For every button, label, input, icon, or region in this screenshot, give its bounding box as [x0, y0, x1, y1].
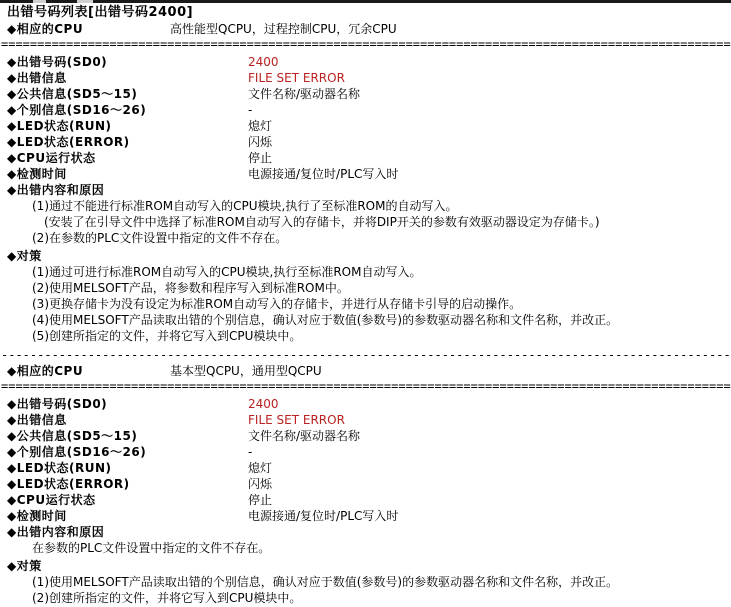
field-row-error-message: ◆出错信息 FILE SET ERROR: [0, 70, 731, 86]
action-line: (2)使用MELSOFT产品，将参数和程序写入到标准ROM中。: [0, 280, 731, 296]
field-row-error-code: ◆出错号码(SD0) 2400: [0, 396, 731, 412]
cpu-label: ◆相应的CPU: [7, 21, 83, 37]
field-value: -: [248, 102, 252, 118]
cause-heading: ◆出错内容和原因: [0, 182, 731, 198]
field-value: 2400: [248, 396, 279, 412]
field-row-individual-info: ◆个别信息(SD16～26) -: [0, 102, 731, 118]
field-value: 闪烁: [248, 476, 272, 492]
field-row-common-info: ◆公共信息(SD5～15) 文件名称/驱动器名称: [0, 86, 731, 102]
double-rule: ========================================…: [1, 382, 731, 391]
field-value: 文件名称/驱动器名称: [248, 428, 360, 444]
action-heading: ◆对策: [0, 248, 731, 264]
field-value: FILE SET ERROR: [248, 70, 345, 86]
cause-line: (2)在参数的PLC文件设置中指定的文件不存在。: [0, 230, 731, 246]
field-value: FILE SET ERROR: [248, 412, 345, 428]
cause-line: (1)通过不能进行标准ROM自动写入的CPU模块,执行了至标准ROM的自动写入。: [0, 198, 731, 214]
dashed-rule: ----------------------------------------…: [1, 351, 731, 360]
cause-heading: ◆出错内容和原因: [0, 524, 731, 540]
cpu-value: 基本型QCPU，通用型QCPU: [170, 363, 322, 379]
field-value: 熄灯: [248, 118, 272, 134]
field-label: ◆CPU运行状态: [7, 150, 96, 166]
cpu-value: 高性能型QCPU，过程控制CPU，冗余CPU: [170, 21, 397, 37]
field-value: 电源接通/复位时/PLC写入时: [248, 166, 398, 182]
field-row-led-run: ◆LED状态(RUN) 熄灯: [0, 460, 731, 476]
field-label: ◆检测时间: [7, 508, 67, 524]
cause-line: (安装了在引导文件中选择了标准ROM自动写入的存储卡，并将DIP开关的参数有效驱…: [0, 214, 731, 230]
action-line: (2)创建所指定的文件，并将它写入到CPU模块中。: [0, 590, 731, 606]
field-label: ◆CPU运行状态: [7, 492, 96, 508]
cpu-row: ◆相应的CPU 基本型QCPU，通用型QCPU: [0, 363, 731, 379]
field-label: ◆LED状态(ERROR): [7, 476, 130, 492]
top-edge-bar: [0, 0, 731, 3]
action-line: (4)使用MELSOFT产品读取出错的个别信息，确认对应于数值(参数号)的参数驱…: [0, 312, 731, 328]
field-row-cpu-status: ◆CPU运行状态 停止: [0, 492, 731, 508]
field-row-error-code: ◆出错号码(SD0) 2400: [0, 54, 731, 70]
field-value: 2400: [248, 54, 279, 70]
field-value: 停止: [248, 492, 272, 508]
field-row-common-info: ◆公共信息(SD5～15) 文件名称/驱动器名称: [0, 428, 731, 444]
field-label: ◆出错号码(SD0): [7, 54, 107, 70]
error-section-2: ◆相应的CPU 基本型QCPU，通用型QCPU ================…: [0, 363, 731, 606]
error-section-1: ◆相应的CPU 高性能型QCPU，过程控制CPU，冗余CPU =========…: [0, 21, 731, 344]
field-label: ◆LED状态(ERROR): [7, 134, 130, 150]
field-value: -: [248, 444, 252, 460]
action-line: (1)使用MELSOFT产品读取出错的个别信息，确认对应于数值(参数号)的参数驱…: [0, 574, 731, 590]
top-bar-notch: [33, 0, 46, 3]
field-label: ◆公共信息(SD5～15): [7, 86, 137, 102]
action-line: (3)更换存储卡为没有设定为标准ROM自动写入的存储卡，并进行从存储卡引导的启动…: [0, 296, 731, 312]
field-value: 停止: [248, 150, 272, 166]
field-row-detect-timing: ◆检测时间 电源接通/复位时/PLC写入时: [0, 508, 731, 524]
field-value: 闪烁: [248, 134, 272, 150]
field-label: ◆公共信息(SD5～15): [7, 428, 137, 444]
field-row-led-error: ◆LED状态(ERROR) 闪烁: [0, 476, 731, 492]
field-label: ◆出错号码(SD0): [7, 396, 107, 412]
cpu-row: ◆相应的CPU 高性能型QCPU，过程控制CPU，冗余CPU: [0, 21, 731, 37]
field-row-detect-timing: ◆检测时间 电源接通/复位时/PLC写入时: [0, 166, 731, 182]
field-row-cpu-status: ◆CPU运行状态 停止: [0, 150, 731, 166]
cause-line: 在参数的PLC文件设置中指定的文件不存在。: [0, 540, 731, 556]
field-value: 熄灯: [248, 460, 272, 476]
action-line: (5)创建所指定的文件，并将它写入到CPU模块中。: [0, 328, 731, 344]
action-heading: ◆对策: [0, 558, 731, 574]
top-bar-notch: [77, 0, 93, 3]
field-label: ◆LED状态(RUN): [7, 118, 112, 134]
field-row-led-run: ◆LED状态(RUN) 熄灯: [0, 118, 731, 134]
field-label: ◆出错信息: [7, 412, 67, 428]
page-title: 出错号码列表[出错号码2400]: [0, 4, 731, 21]
field-value: 文件名称/驱动器名称: [248, 86, 360, 102]
field-label: ◆个别信息(SD16～26): [7, 102, 146, 118]
double-rule: ========================================…: [1, 40, 731, 49]
field-label: ◆LED状态(RUN): [7, 460, 112, 476]
field-label: ◆出错信息: [7, 70, 67, 86]
error-help-document: 出错号码列表[出错号码2400] ◆相应的CPU 高性能型QCPU，过程控制CP…: [0, 3, 731, 606]
cpu-label: ◆相应的CPU: [7, 363, 83, 379]
field-value: 电源接通/复位时/PLC写入时: [248, 508, 398, 524]
field-label: ◆检测时间: [7, 166, 67, 182]
action-line: (1)通过可进行标准ROM自动写入的CPU模块,执行至标准ROM自动写入。: [0, 264, 731, 280]
field-row-error-message: ◆出错信息 FILE SET ERROR: [0, 412, 731, 428]
field-row-led-error: ◆LED状态(ERROR) 闪烁: [0, 134, 731, 150]
field-label: ◆个别信息(SD16～26): [7, 444, 146, 460]
field-row-individual-info: ◆个别信息(SD16～26) -: [0, 444, 731, 460]
